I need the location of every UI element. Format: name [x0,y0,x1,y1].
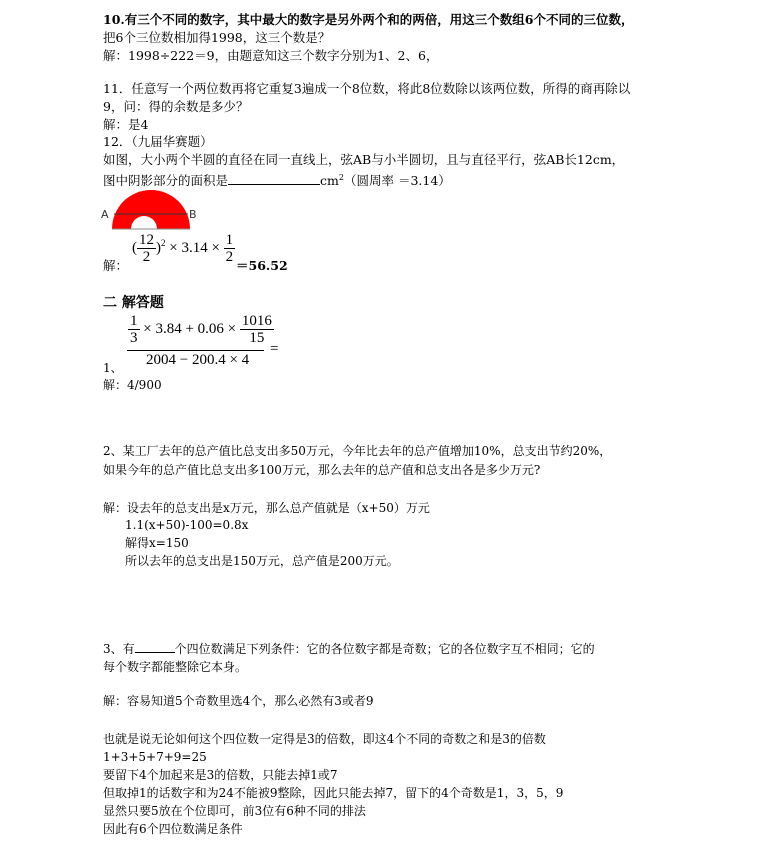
q12-unit: cm [320,173,339,188]
p3-solution-5: 但取掉1的话数字和为24不能被9整除，因此只能去掉7，留下的4个奇数是1，3，5… [103,785,563,801]
p2-solution-2: 1.1(x+50)-100=0.8x [125,517,248,533]
p2-solution-4: 所以去年的总支出是150万元，总产值是200万元。 [125,553,399,569]
label-a: A [101,208,109,221]
p1-answer: 解：4/900 [103,377,162,393]
p2-solution-1: 解：设去年的总支出是x万元，那么总产值就是（x+50）万元 [103,500,430,516]
q10-answer: 解：1998÷222＝9，由题意知这三个数字分别为1、2、6， [103,48,438,64]
p3-solution-6: 显然只要5放在个位即可，前3位有6种不同的排法 [103,803,366,819]
q12-text-line1: 如图，大小两个半圆的直径在同一直线上，弦AB与小半圆切，且与直径平行，弦AB长1… [103,152,624,168]
q11-answer: 解：是4 [103,117,148,133]
q12-result: ＝56.52 [236,258,288,274]
p3-text-line2: 每个数字都能整除它本身。 [103,659,247,675]
p1-label: 1、 [103,360,123,376]
label-b: B [189,208,197,221]
q12-text-line2: 图中阴影部分的面积是cm2（圆周率 ＝3.14） [103,170,451,189]
p2-text-line2: 如果今年的总产值比总支出多100万元，那么去年的总产值和总支出各是多少万元? [103,462,540,478]
p3-solution-2: 也就是说无论如何这个四位数一定得是3的倍数，即这4个不同的奇数之和是3的倍数 [103,731,546,747]
p2-text-line1: 2、某工厂去年的总产值比总支出多50万元，今年比去年的总产值增加10%，总支出节… [103,443,611,459]
semicircle-figure: A B [100,188,200,233]
p3-text-line1: 3、有个四位数满足下列条件：它的各位数字都是奇数；它的各位数字互不相同；它的 [103,641,595,657]
q12-formula: (122)2 × 3.14 × 12 [132,232,235,265]
p3-solution-1: 解：容易知道5个奇数里选4个，那么必然有3或者9 [103,693,374,709]
p1-fraction-bar [127,350,264,351]
p2-solution-3: 解得x=150 [125,535,189,551]
p1-numerator: 13 × 3.84 + 0.06 × 101615 [128,313,274,346]
section-heading: 二 解答题 [103,292,164,312]
q10-text-line1: 10.有三个不同的数字，其中最大的数字是另外两个和的两倍，用这三个数组6个不同的… [103,12,633,28]
p3-solution-4: 要留下4个加起来是3的倍数，只能去掉1或7 [103,767,338,783]
p1-equals: = [270,341,278,358]
p3-solution-7: 因此有6个四位数满足条件 [103,821,243,837]
q11-text-line2: 9，问：得的余数是多少？ [103,99,248,115]
q12-title: 12．（九届华赛题） [103,134,213,150]
q12-line2-post: （圆周率 ＝3.14） [344,173,451,188]
answer-blank [228,184,320,185]
q10-text-line2: 把6个三位数相加得1998，这三个数是？ [103,30,330,46]
q12-line2-prefix: 图中阴影部分的面积是 [103,173,228,188]
p3-solution-3: 1+3+5+7+9=25 [103,749,207,765]
p1-denominator: 2004 − 200.4 × 4 [146,352,249,369]
p3-answer-blank [135,652,175,653]
q11-text-line1: 11．任意写一个两位数再将它重复3遍成一个8位数，将此8位数除以该两位数，所得的… [103,81,630,97]
q12-answer-prefix: 解： [103,258,128,274]
